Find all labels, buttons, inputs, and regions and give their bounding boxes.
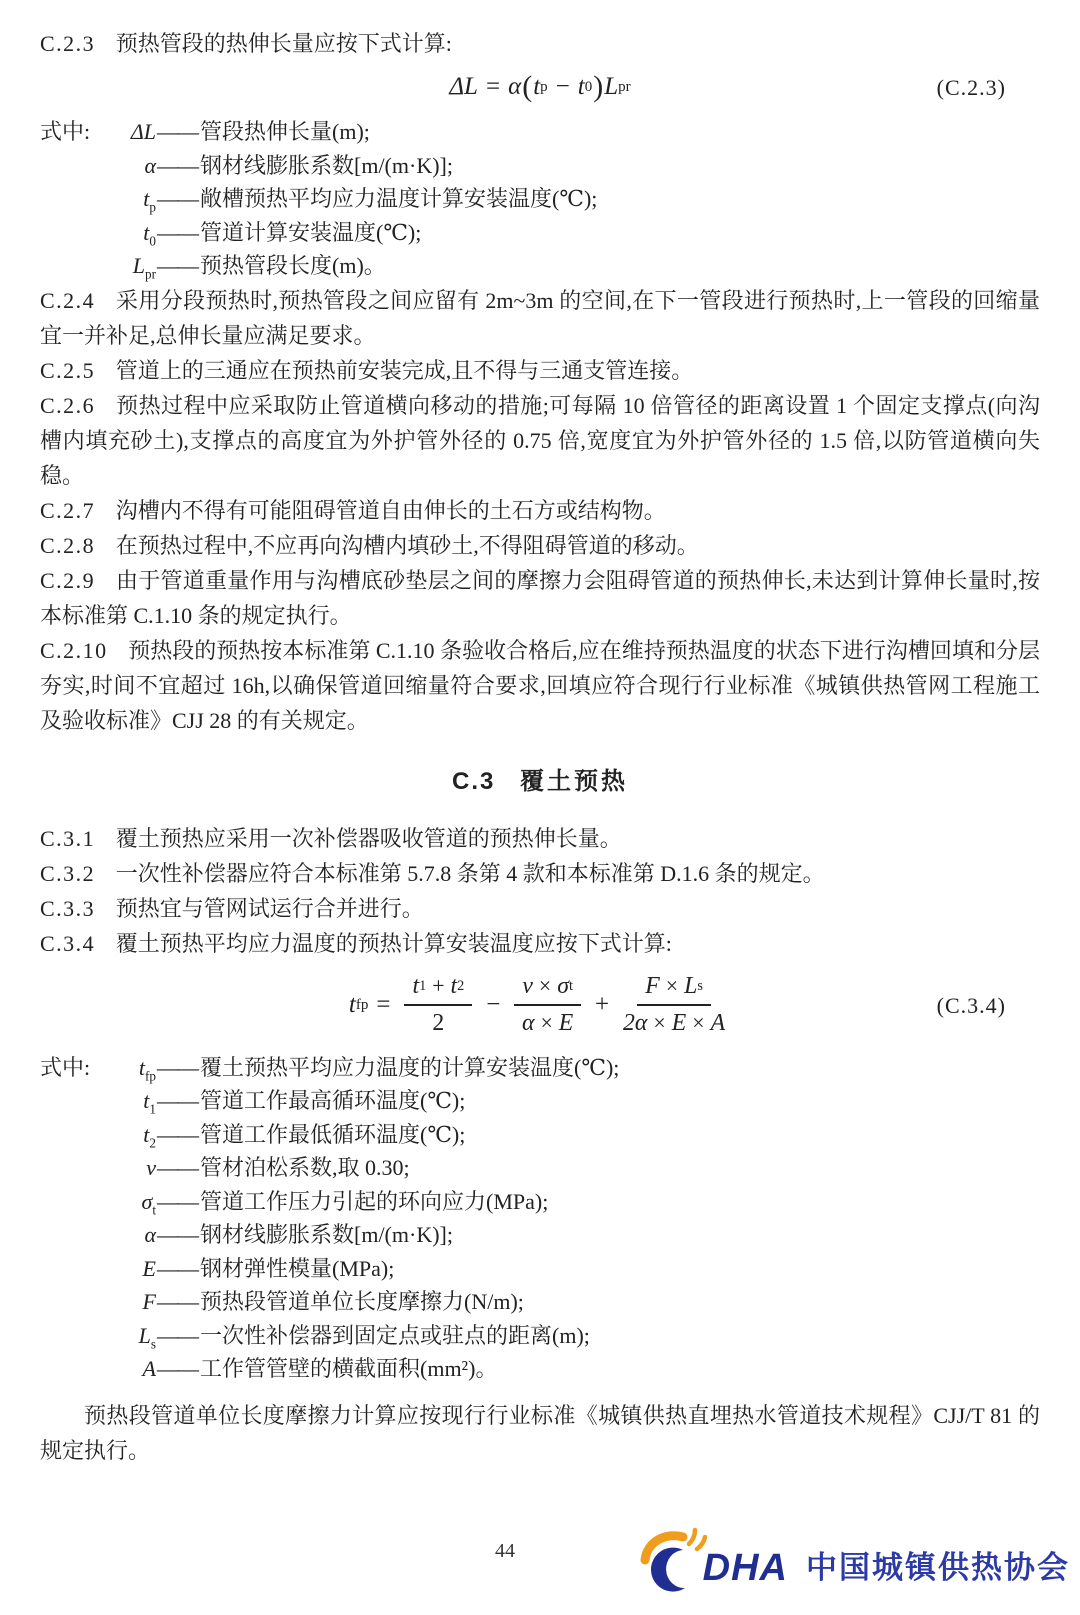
symbol-sub: pr — [145, 266, 156, 281]
logo-chinese-name: 中国城镇供热协会 — [806, 1542, 1070, 1587]
symbol-description: 预热段管道单位长度摩擦力(N/m); — [200, 1285, 1040, 1319]
symbol-description: 覆土预热平均应力温度的计算安装温度(℃); — [200, 1051, 1040, 1085]
where-list-c23: 式中: ΔL —— 管段热伸长量(m); α —— 钢材线膨胀系数[m/(m·K… — [40, 115, 1040, 283]
clause-c34: C.3.4 覆土预热平均应力温度的预热计算安装温度应按下式计算: — [40, 926, 1040, 961]
clause-number: C.3.3 — [40, 896, 95, 921]
plus-sign: + — [595, 991, 609, 1019]
symbol: E — [108, 1252, 156, 1286]
symbol-sub: 0 — [149, 233, 156, 248]
clause-text: 在预热过程中,不应再向沟槽内填砂土,不得阻碍管道的移动。 — [116, 533, 699, 558]
dash: —— — [156, 1218, 200, 1252]
clause-text: 由于管道重量作用与沟槽底砂垫层之间的摩擦力会阻碍管道的预热伸长,未达到计算伸长量… — [40, 568, 1040, 628]
equals-sign: = — [376, 991, 390, 1019]
formula-term: ΔL — [449, 73, 478, 101]
where-list-c34: 式中: tfp —— 覆土预热平均应力温度的计算安装温度(℃); t1 —— 管… — [40, 1051, 1040, 1386]
symbol: tp — [108, 182, 156, 216]
clause-c29: C.2.9 由于管道重量作用与沟槽底砂垫层之间的摩擦力会阻碍管道的预热伸长,未达… — [40, 563, 1040, 633]
where-row: E —— 钢材弹性模量(MPa); — [40, 1252, 1040, 1286]
clause-c210: C.2.10 预热段的预热按本标准第 C.1.10 条验收合格后,应在维持预热温… — [40, 633, 1040, 738]
clause-number: C.2.4 — [40, 288, 95, 313]
where-row: F —— 预热段管道单位长度摩擦力(N/m); — [40, 1285, 1040, 1319]
clause-c27: C.2.7 沟槽内不得有可能阻碍管道自由伸长的土石方或结构物。 — [40, 493, 1040, 528]
logo-abbr-text: DHA — [703, 1547, 788, 1590]
clause-text: 预热管段的热伸长量应按下式计算: — [116, 31, 452, 56]
clause-c32: C.3.2 一次性补偿器应符合本标准第 5.7.8 条第 4 款和本标准第 D.… — [40, 856, 1040, 891]
dash: —— — [156, 249, 200, 283]
symbol-base: ΔL — [131, 119, 156, 144]
clause-c26: C.2.6 预热过程中应采取防止管道横向移动的措施;可每隔 10 倍管径的距离设… — [40, 388, 1040, 493]
symbol-base: A — [143, 1356, 156, 1381]
clause-number: C.2.10 — [40, 638, 108, 663]
times-sign: × — [692, 1011, 704, 1036]
numerator: t1 + t2 — [404, 973, 472, 1006]
dash: —— — [156, 1285, 200, 1319]
symbol: Ls — [108, 1319, 156, 1353]
dash: —— — [156, 149, 200, 183]
symbol: σt — [108, 1185, 156, 1219]
clause-c25: C.2.5 管道上的三通应在预热前安装完成,且不得与三通支管连接。 — [40, 353, 1040, 388]
dash: —— — [156, 1118, 200, 1152]
formula-term: L — [684, 973, 697, 1000]
formula-c34-expression: tfp = t1 + t2 2 − ν × σt α × — [349, 973, 731, 1037]
symbol-sub: 1 — [149, 1101, 156, 1116]
symbol-sub: p — [149, 199, 156, 214]
clause-c31: C.3.1 覆土预热应采用一次补偿器吸收管道的预热伸长量。 — [40, 821, 1040, 856]
symbol-description: 管段热伸长量(m); — [200, 115, 1040, 149]
formula-term: t — [412, 973, 419, 1000]
symbol-base: L — [139, 1323, 151, 1348]
cdha-logo-mark-icon — [637, 1526, 709, 1596]
symbol-description: 钢材弹性模量(MPa); — [200, 1252, 1040, 1286]
symbol-description: 管道工作最低循环温度(℃); — [200, 1118, 1040, 1152]
symbol-base: α — [144, 153, 156, 178]
section-title: 覆土预热 — [520, 768, 628, 795]
clause-text: 覆土预热应采用一次补偿器吸收管道的预热伸长量。 — [116, 826, 622, 851]
formula-c34: tfp = t1 + t2 2 − ν × σt α × — [40, 961, 1040, 1051]
dash: —— — [156, 1319, 200, 1353]
times-sign: × — [540, 1011, 552, 1036]
symbol-base: α — [144, 1222, 156, 1247]
where-row: A —— 工作管管壁的横截面积(mm²)。 — [40, 1352, 1040, 1386]
dash: —— — [156, 182, 200, 216]
symbol-description: 工作管管壁的横截面积(mm²)。 — [200, 1352, 1040, 1386]
clause-number: C.2.6 — [40, 393, 95, 418]
symbol: t0 — [108, 216, 156, 250]
symbol-sub: fp — [145, 1068, 156, 1083]
where-row: ν —— 管材泊松系数,取 0.30; — [40, 1151, 1040, 1185]
closing-paragraph: 预热段管道单位长度摩擦力计算应按现行行业标准《城镇供热直埋热水管道技术规程》CJ… — [40, 1398, 1040, 1468]
dash: —— — [156, 216, 200, 250]
formula-term: E — [672, 1010, 687, 1037]
symbol: F — [108, 1285, 156, 1319]
where-row: tp —— 敞槽预热平均应力温度计算安装温度(℃); — [40, 182, 1040, 216]
dash: —— — [156, 1151, 200, 1185]
where-prefix: 式中: — [40, 1051, 108, 1085]
clause-number: C.2.9 — [40, 568, 95, 593]
dash: —— — [156, 115, 200, 149]
formula-c23: ΔL = α ( tp − t0 ) Lpr (C.2.3) — [40, 61, 1040, 115]
clause-text: 预热段的预热按本标准第 C.1.10 条验收合格后,应在维持预热温度的状态下进行… — [40, 638, 1040, 733]
clause-text: 预热过程中应采取防止管道横向移动的措施;可每隔 10 倍管径的距离设置 1 个固… — [40, 393, 1040, 488]
symbol-base: ν — [146, 1155, 156, 1180]
clause-number: C.3.1 — [40, 826, 95, 851]
symbol-sub: 2 — [149, 1135, 156, 1150]
clause-text: 一次性补偿器应符合本标准第 5.7.8 条第 4 款和本标准第 D.1.6 条的… — [116, 861, 825, 886]
symbol: ν — [108, 1151, 156, 1185]
where-row: t2 —— 管道工作最低循环温度(℃); — [40, 1118, 1040, 1152]
formula-term: E — [559, 1010, 574, 1037]
formula-term: t — [533, 73, 540, 101]
where-row: α —— 钢材线膨胀系数[m/(m·K)]; — [40, 1218, 1040, 1252]
clause-c28: C.2.8 在预热过程中,不应再向沟槽内填砂土,不得阻碍管道的移动。 — [40, 528, 1040, 563]
equation-number: (C.3.4) — [937, 993, 1006, 1019]
formula-c23-expression: ΔL = α ( tp − t0 ) Lpr — [449, 70, 630, 104]
symbol: tfp — [108, 1051, 156, 1085]
times-sign: × — [653, 1011, 665, 1036]
minus-sign: − — [486, 991, 500, 1019]
clause-text: 管道上的三通应在预热前安装完成,且不得与三通支管连接。 — [116, 358, 694, 383]
symbol-base: F — [143, 1289, 156, 1314]
clause-number: C.2.7 — [40, 498, 95, 523]
closing-text: 预热段管道单位长度摩擦力计算应按现行行业标准《城镇供热直埋热水管道技术规程》CJ… — [40, 1403, 1040, 1463]
equals-sign: = — [486, 73, 500, 101]
clause-c24: C.2.4 采用分段预热时,预热管段之间应留有 2m~3m 的空间,在下一管段进… — [40, 283, 1040, 353]
clause-text: 覆土预热平均应力温度的预热计算安装温度应按下式计算: — [116, 931, 672, 956]
fraction-3: F × Ls 2α × E × A — [623, 973, 725, 1037]
right-paren: ) — [593, 70, 603, 104]
symbol-description: 管道计算安装温度(℃); — [200, 216, 1040, 250]
symbol-description: 管道工作压力引起的环向应力(MPa); — [200, 1185, 1040, 1219]
numerator: F × Ls — [637, 973, 711, 1006]
clause-text: 预热宜与管网试运行合并进行。 — [116, 896, 424, 921]
fraction-1: t1 + t2 2 — [404, 973, 472, 1037]
clause-text: 沟槽内不得有可能阻碍管道自由伸长的土石方或结构物。 — [116, 498, 666, 523]
formula-term: t — [451, 973, 458, 1000]
plus-sign: + — [432, 974, 444, 999]
section-number: C.3 — [452, 768, 495, 795]
where-row: σt —— 管道工作压力引起的环向应力(MPa); — [40, 1185, 1040, 1219]
symbol: A — [108, 1352, 156, 1386]
where-row: t1 —— 管道工作最高循环温度(℃); — [40, 1084, 1040, 1118]
symbol-description: 钢材线膨胀系数[m/(m·K)]; — [200, 149, 1040, 183]
where-prefix: 式中: — [40, 115, 108, 149]
denominator: 2α × E × A — [623, 1006, 725, 1037]
symbol: Lpr — [108, 249, 156, 283]
symbol: ΔL — [108, 115, 156, 149]
formula-term: α — [522, 1010, 534, 1037]
fraction-2: ν × σt α × E — [514, 973, 581, 1037]
symbol-description: 一次性补偿器到固定点或驻点的距离(m); — [200, 1319, 1040, 1353]
clause-number: C.2.8 — [40, 533, 95, 558]
logo-wave-1 — [689, 1530, 695, 1544]
symbol-base: σ — [141, 1189, 152, 1214]
cdha-logo: DHA 中国城镇供热协会 — [637, 1524, 1070, 1598]
logo-crescent — [651, 1548, 685, 1592]
where-row: 式中: ΔL —— 管段热伸长量(m); — [40, 115, 1040, 149]
clause-number: C.3.2 — [40, 861, 95, 886]
symbol-description: 钢材线膨胀系数[m/(m·K)]; — [200, 1218, 1040, 1252]
numerator: ν × σt — [514, 973, 581, 1006]
where-row: 式中: tfp —— 覆土预热平均应力温度的计算安装温度(℃); — [40, 1051, 1040, 1085]
symbol-base: L — [133, 253, 145, 278]
left-paren: ( — [522, 70, 532, 104]
symbol-description: 敞槽预热平均应力温度计算安装温度(℃); — [200, 182, 1040, 216]
formula-term: σ — [557, 973, 569, 1000]
denominator: 2 — [432, 1006, 444, 1037]
where-row: t0 —— 管道计算安装温度(℃); — [40, 216, 1040, 250]
dash: —— — [156, 1051, 200, 1085]
formula-term: F — [645, 973, 660, 1000]
dash: —— — [156, 1352, 200, 1386]
symbol: t1 — [108, 1084, 156, 1118]
formula-term: L — [604, 73, 618, 101]
formula-term: α — [508, 73, 521, 101]
dash: —— — [156, 1084, 200, 1118]
symbol-description: 管材泊松系数,取 0.30; — [200, 1151, 1040, 1185]
dash: —— — [156, 1185, 200, 1219]
dash: —— — [156, 1252, 200, 1286]
where-row: Lpr —— 预热管段长度(m)。 — [40, 249, 1040, 283]
formula-term: 2α — [623, 1010, 647, 1037]
symbol: α — [108, 149, 156, 183]
times-sign: × — [666, 974, 678, 999]
symbol-description: 管道工作最高循环温度(℃); — [200, 1084, 1040, 1118]
clause-number: C.2.5 — [40, 358, 95, 383]
document-page: C.2.3 预热管段的热伸长量应按下式计算: ΔL = α ( tp − t0 … — [40, 26, 1040, 1468]
clause-number: C.2.3 — [40, 31, 95, 56]
symbol-description: 预热管段长度(m)。 — [200, 249, 1040, 283]
symbol: t2 — [108, 1118, 156, 1152]
denominator: α × E — [522, 1006, 573, 1037]
where-row: Ls —— 一次性补偿器到固定点或驻点的距离(m); — [40, 1319, 1040, 1353]
clause-number: C.3.4 — [40, 931, 95, 956]
section-heading-c3: C.3 覆土预热 — [40, 765, 1040, 799]
symbol: α — [108, 1218, 156, 1252]
clause-text: 采用分段预热时,预热管段之间应留有 2m~3m 的空间,在下一管段进行预热时,上… — [40, 288, 1040, 348]
symbol-base: E — [143, 1256, 156, 1281]
where-row: α —— 钢材线膨胀系数[m/(m·K)]; — [40, 149, 1040, 183]
clause-c23: C.2.3 预热管段的热伸长量应按下式计算: — [40, 26, 1040, 61]
formula-term: ν — [522, 973, 533, 1000]
equation-number: (C.2.3) — [937, 75, 1006, 101]
minus-sign: − — [556, 73, 570, 101]
formula-term: t — [349, 991, 356, 1019]
clause-c33: C.3.3 预热宜与管网试运行合并进行。 — [40, 891, 1040, 926]
formula-term: t — [578, 73, 585, 101]
times-sign: × — [539, 974, 551, 999]
formula-term: A — [711, 1010, 726, 1037]
